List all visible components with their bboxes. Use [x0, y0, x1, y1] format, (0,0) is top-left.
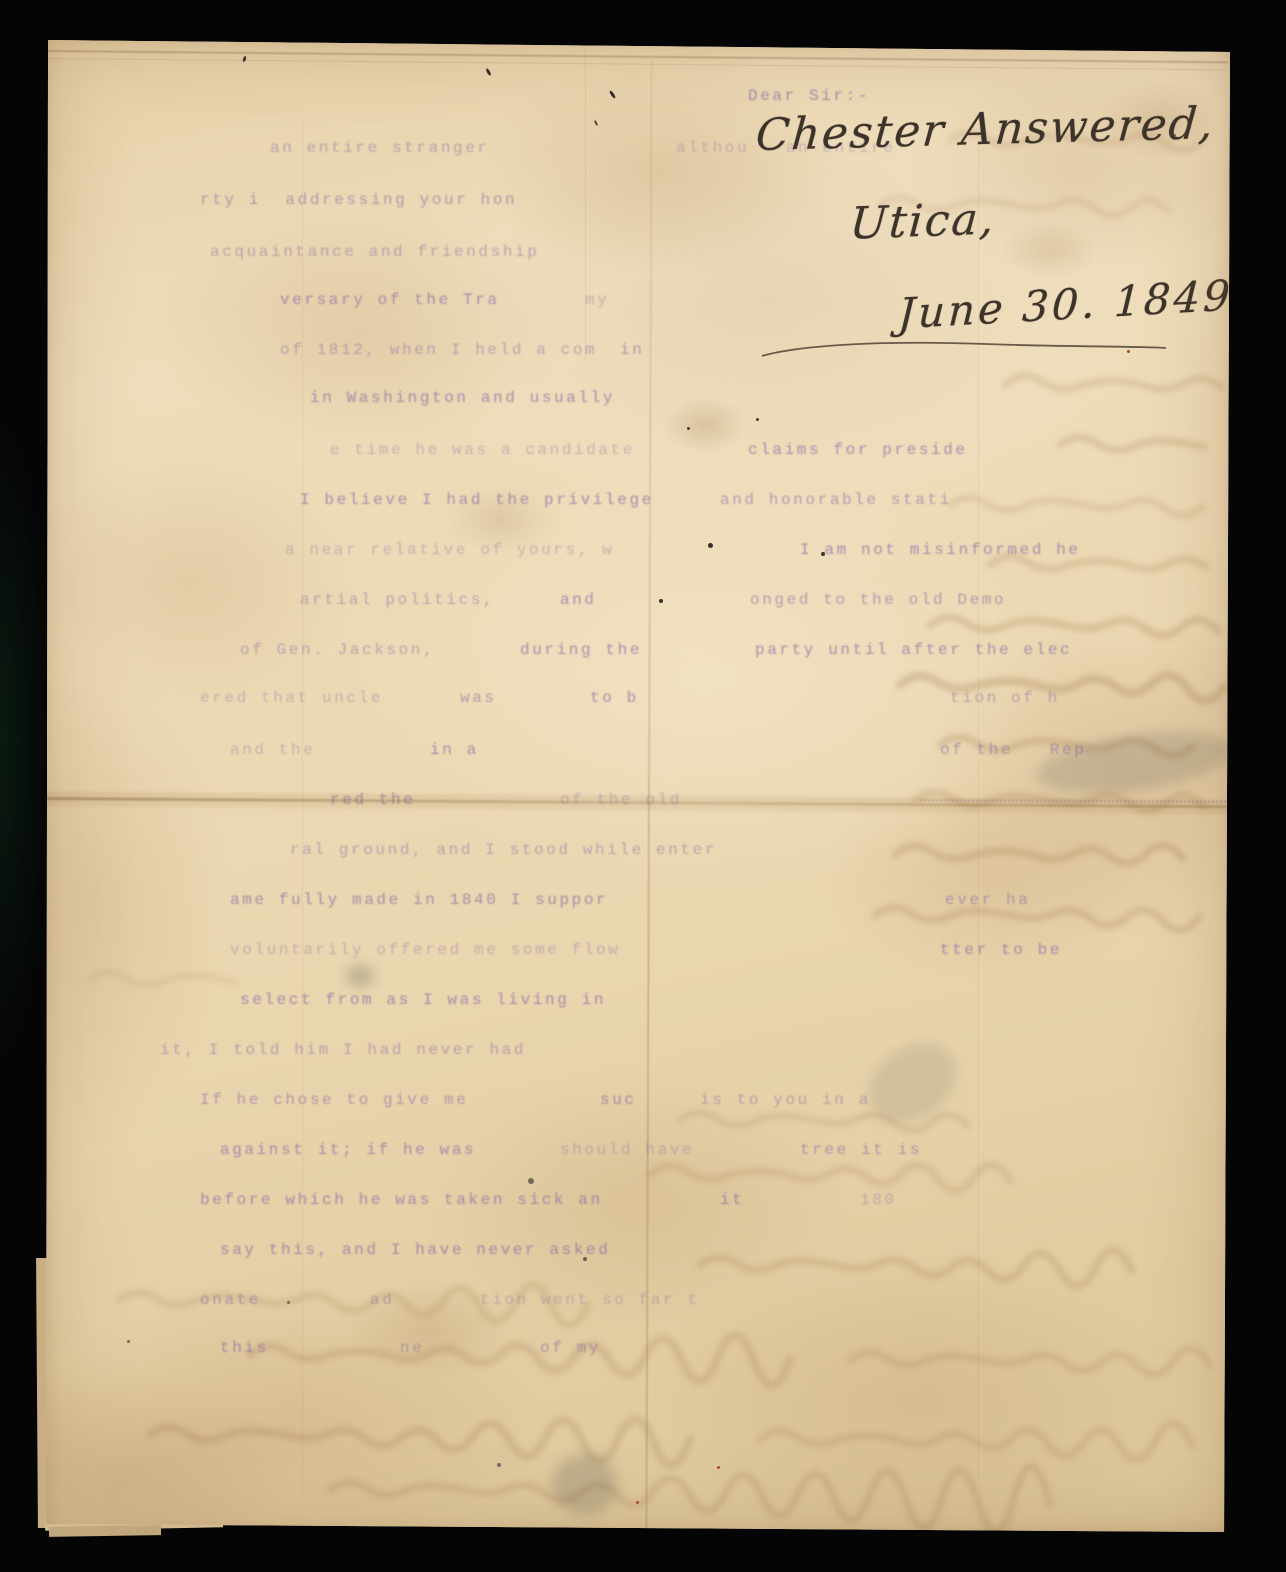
letter-page: Dear Sir:-an entire strangeralthou an en… — [44, 36, 1232, 1534]
under-sheet-edge — [49, 1525, 161, 1537]
ghost-handwriting-layer — [0, 0, 1286, 1572]
scanner-background-tint — [0, 420, 52, 1060]
